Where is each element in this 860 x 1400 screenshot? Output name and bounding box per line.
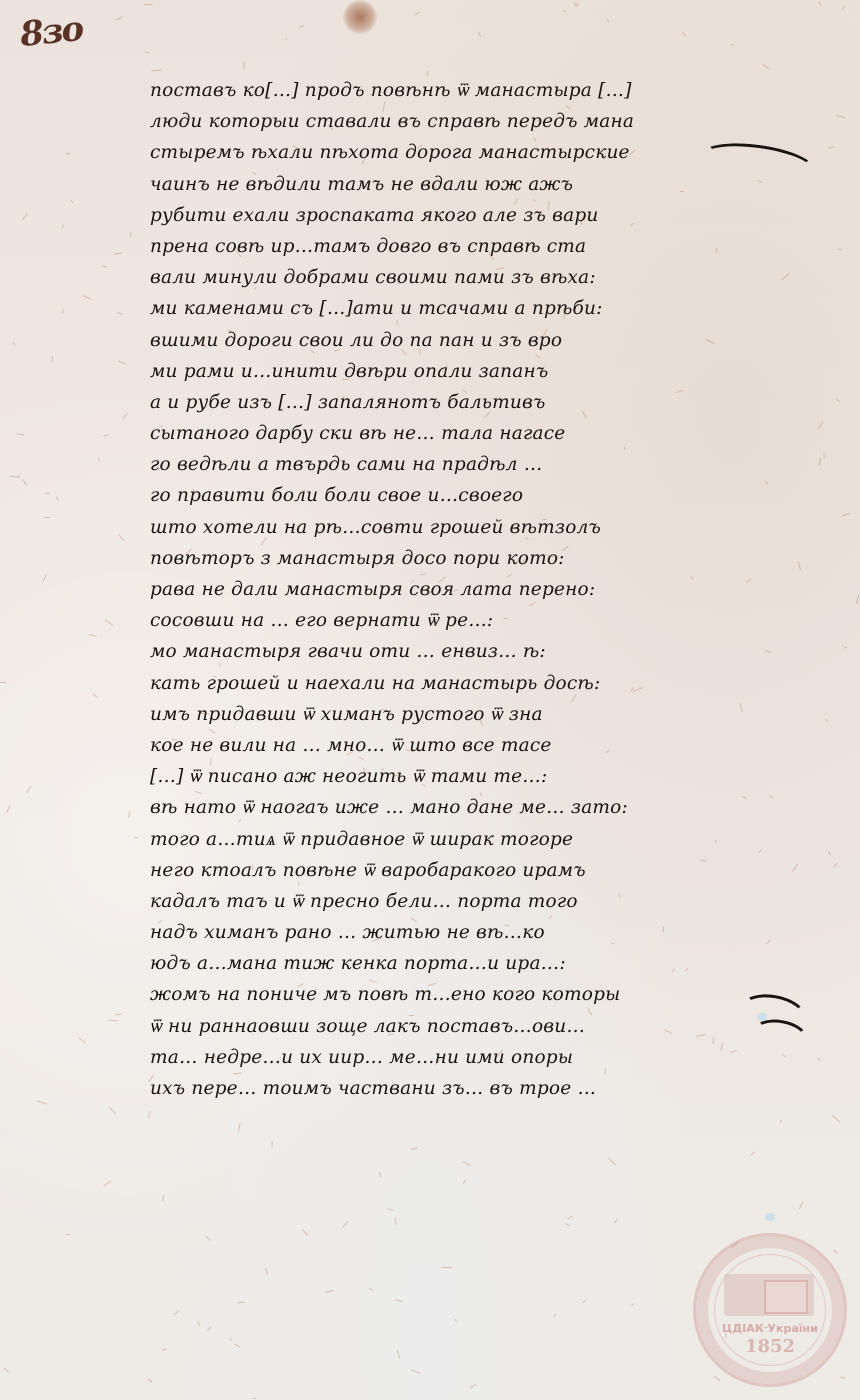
text-line: люди которыи ставали въ справѣ передъ ма… (150, 106, 790, 137)
paper-fiber (174, 1310, 180, 1316)
paper-fiber (780, 1120, 781, 1124)
text-line: рубити ехали зроспаката якого але зъ вар… (150, 200, 790, 231)
paper-fiber (343, 396, 344, 399)
paper-fiber (832, 1115, 840, 1122)
paper-fiber (219, 662, 220, 666)
paper-fiber (162, 1348, 167, 1350)
paper-fiber (147, 1378, 152, 1383)
text-line: прена совѣ ир…тамъ довго въ справѣ ста (150, 231, 790, 262)
paper-fiber (253, 1398, 256, 1399)
paper-fiber (469, 1384, 476, 1389)
paper-fiber (824, 452, 825, 458)
paper-fiber (604, 1068, 605, 1074)
paper-fiber (71, 200, 74, 204)
paper-fiber (114, 252, 123, 255)
paper-fiber (10, 476, 18, 478)
paper-hole (765, 1213, 775, 1221)
text-line: вѣ нато ѿ наогаъ иже … мано дане ме… зат… (150, 792, 790, 823)
text-line: мо манастыря гвачи оти … енвиз… ѣ: (150, 636, 790, 667)
paper-fiber (98, 458, 100, 462)
paper-fiber (379, 1171, 381, 1177)
paper-fiber (833, 862, 838, 868)
paper-fiber (163, 1195, 164, 1202)
paper-fiber (725, 1333, 726, 1339)
paper-fiber (856, 594, 859, 604)
text-line: кадалъ таъ и ѿ пресно бели… порта того (150, 886, 790, 917)
text-line: юдъ а…мана тиж кенка порта…и ира…: (150, 948, 790, 979)
paper-fiber (207, 1327, 211, 1331)
paper-fiber (411, 1369, 420, 1373)
text-line: того а…тиѧ ѿ придавное ѿ ширак тогоре (150, 824, 790, 855)
stamp-institution: ЦДІАК України (696, 1322, 844, 1335)
paper-fiber (462, 1161, 470, 1166)
text-line: го правити боли боли свое и…своего (150, 480, 790, 511)
paper-fiber (731, 43, 734, 45)
paper-fiber (44, 517, 50, 518)
paper-fiber (17, 433, 24, 435)
paper-fiber (838, 249, 842, 250)
paper-fiber (103, 1181, 111, 1187)
paper-fiber (836, 115, 845, 118)
paper-fiber (12, 342, 15, 346)
paper-fiber (104, 619, 113, 625)
stamp-year: 1852 (696, 1336, 844, 1357)
paper-fiber (563, 10, 566, 13)
paper-fiber (415, 12, 419, 15)
paper-fiber (92, 693, 97, 698)
text-line: ѿ ни раннаовши зоще лакъ поставъ…ови… (150, 1011, 790, 1042)
paper-fiber (325, 1290, 333, 1293)
paper-fiber (606, 19, 609, 23)
paper-fiber (411, 1147, 418, 1149)
paper-fiber (713, 1376, 720, 1382)
paper-fiber (230, 1338, 232, 1341)
text-line: рава не дали манастыря своя лата перено: (150, 574, 790, 605)
paper-fiber (18, 474, 19, 478)
paper-fiber (504, 618, 508, 619)
text-line: сытаного дарбу ски вѣ не… тала нагасе (150, 418, 790, 449)
paper-fiber (608, 1158, 616, 1166)
text-line: што хотели на рѣ…совти грошей вѣтзолъ (150, 512, 790, 543)
paper-fiber (478, 32, 481, 37)
paper-fiber (129, 811, 131, 818)
paper-fiber (115, 16, 123, 20)
paper-fiber (818, 1057, 821, 1061)
paper-fiber (27, 786, 32, 793)
text-line: жомъ на пониче мъ повѣ т…ено кого которы (150, 979, 790, 1010)
paper-fiber (145, 52, 149, 53)
paper-fiber (238, 1124, 241, 1133)
manuscript-page: 8зо поставъ ко[…] продъ повѣнѣ ѿ манасты… (0, 0, 860, 1400)
paper-fiber (348, 312, 354, 314)
paper-fiber (395, 1299, 403, 1302)
paper-fiber (798, 561, 801, 570)
paper-fiber (751, 1151, 756, 1155)
paper-fiber (152, 70, 162, 72)
paper-fiber (118, 360, 126, 364)
text-line: вшими дороги свои ли до па пан и зъ вро (150, 325, 790, 356)
text-line: имъ придавши ѿ химанъ рустого ѿ зна (150, 699, 790, 730)
text-line: […] ѿ писано аж неогить ѿ тами те…: (150, 761, 790, 792)
paper-fiber (568, 1216, 572, 1219)
paper-fiber (455, 1319, 458, 1323)
paper-fiber (844, 646, 847, 648)
paper-fiber (828, 851, 832, 856)
paper-fiber (682, 32, 687, 38)
paper-fiber (818, 1, 822, 6)
paper-fiber (342, 1221, 348, 1228)
paper-hole (757, 1013, 767, 1021)
paper-fiber (284, 37, 287, 40)
paper-fiber (109, 1107, 116, 1115)
paper-fiber (581, 218, 582, 225)
paper-fiber (387, 1209, 393, 1212)
paper-fiber (614, 1219, 617, 1224)
text-line: надъ химанъ рано … житью не вѣ…ко (150, 917, 790, 948)
paper-fiber (395, 1218, 397, 1225)
text-line: чаинъ не вѣдили тамъ не вдали юж ажъ (150, 169, 790, 200)
paper-fiber (83, 295, 91, 299)
paper-fiber (565, 1223, 569, 1226)
text-line: вали минули добрами своими пами зъ вѣха: (150, 262, 790, 293)
text-line: повѣторъ з манастыря досо пори кото: (150, 543, 790, 574)
paper-fiber (130, 232, 131, 237)
paper-fiber (37, 1101, 47, 1105)
paper-fiber (631, 1304, 634, 1306)
text-line: него ктоалъ повѣне ѿ варобаракого ирамъ (150, 855, 790, 886)
paper-fiber (234, 1343, 240, 1347)
paper-fiber (134, 837, 138, 839)
paper-fiber (299, 25, 304, 28)
paper-fiber (799, 1201, 803, 1209)
paper-fiber (442, 1267, 452, 1268)
paper-fiber (6, 805, 10, 813)
paper-fiber (828, 146, 834, 149)
paper-fiber (836, 399, 840, 402)
paper-fiber (298, 881, 300, 885)
paper-fiber (118, 534, 124, 541)
paper-fiber (56, 496, 60, 500)
paper-fiber (763, 64, 770, 69)
text-line: ми рами и…инити двѣри опали запанъ (150, 356, 790, 387)
paper-fiber (237, 1302, 245, 1304)
paper-fiber (144, 4, 153, 5)
open-book-icon (724, 1274, 814, 1316)
text-line: кать грошей и наехали на манастырь досѣ: (150, 668, 790, 699)
paper-fiber (122, 413, 127, 420)
paper-fiber (271, 1141, 272, 1147)
paper-fiber (63, 309, 64, 313)
text-line: ихъ пере… тоимъ частвани зъ… въ трое … (150, 1073, 790, 1104)
paper-fiber (818, 458, 820, 466)
folio-number: 8зо (18, 9, 84, 55)
paper-fiber (554, 1313, 556, 1317)
paper-fiber (22, 213, 27, 220)
paper-fiber (23, 479, 27, 486)
paper-fiber (302, 1230, 308, 1237)
paper-fiber (369, 1288, 373, 1291)
paper-fiber (463, 1179, 465, 1184)
manuscript-text: поставъ ко[…] продъ повѣнѣ ѿ манастыра [… (150, 75, 790, 1104)
paper-fiber (172, 739, 177, 740)
paper-fiber (51, 357, 53, 364)
paper-fiber (109, 1019, 118, 1021)
paper-fiber (826, 719, 828, 722)
paper-fiber (419, 348, 420, 354)
paper-fiber (115, 1013, 122, 1015)
paper-fiber (427, 71, 428, 76)
paper-fiber (840, 1377, 845, 1379)
paper-fiber (89, 634, 97, 637)
paper-fiber (833, 1250, 837, 1253)
paper-fiber (793, 864, 799, 871)
paper-fiber (397, 1350, 400, 1359)
paper-fiber (0, 682, 6, 683)
paper-fiber (244, 61, 245, 69)
paper-fiber (102, 266, 107, 268)
paper-fiber (842, 513, 850, 516)
paper-fiber (103, 434, 109, 437)
text-line: ми каменами съ […]ати и тсачами а прѣби: (150, 293, 790, 324)
paper-fiber (43, 574, 47, 581)
paper-fiber (4, 1367, 10, 1373)
text-line: а и рубе изъ […] запалянотъ бальтивъ (150, 387, 790, 418)
archive-stamp: ЦДІАК України 1852 (693, 1233, 847, 1387)
text-line: сосовши на … его вернати ѿ ре…: (150, 605, 790, 636)
text-line: кое не вили на … мно… ѿ што все тасе (150, 730, 790, 761)
text-line: та… недре…и их иир… ме…ни ими опоры (150, 1042, 790, 1073)
paper-fiber (265, 1268, 268, 1275)
paper-fiber (818, 421, 823, 429)
paper-fiber (148, 1111, 151, 1118)
paper-fiber (44, 492, 49, 493)
paper-fiber (843, 6, 845, 10)
text-line: стыремъ ѣхали пѣхота дорога манастырские (150, 137, 790, 168)
paper-fiber (66, 1233, 70, 1235)
paper-fiber (65, 153, 69, 155)
paper-fiber (117, 313, 123, 316)
paper-fiber (61, 225, 63, 229)
paper-fiber (206, 1236, 211, 1241)
paper-fiber (79, 1037, 86, 1043)
paper-fiber (197, 1321, 200, 1327)
text-line: поставъ ко[…] продъ повѣнѣ ѿ манастыра [… (150, 75, 790, 106)
paper-fiber (582, 1300, 586, 1304)
